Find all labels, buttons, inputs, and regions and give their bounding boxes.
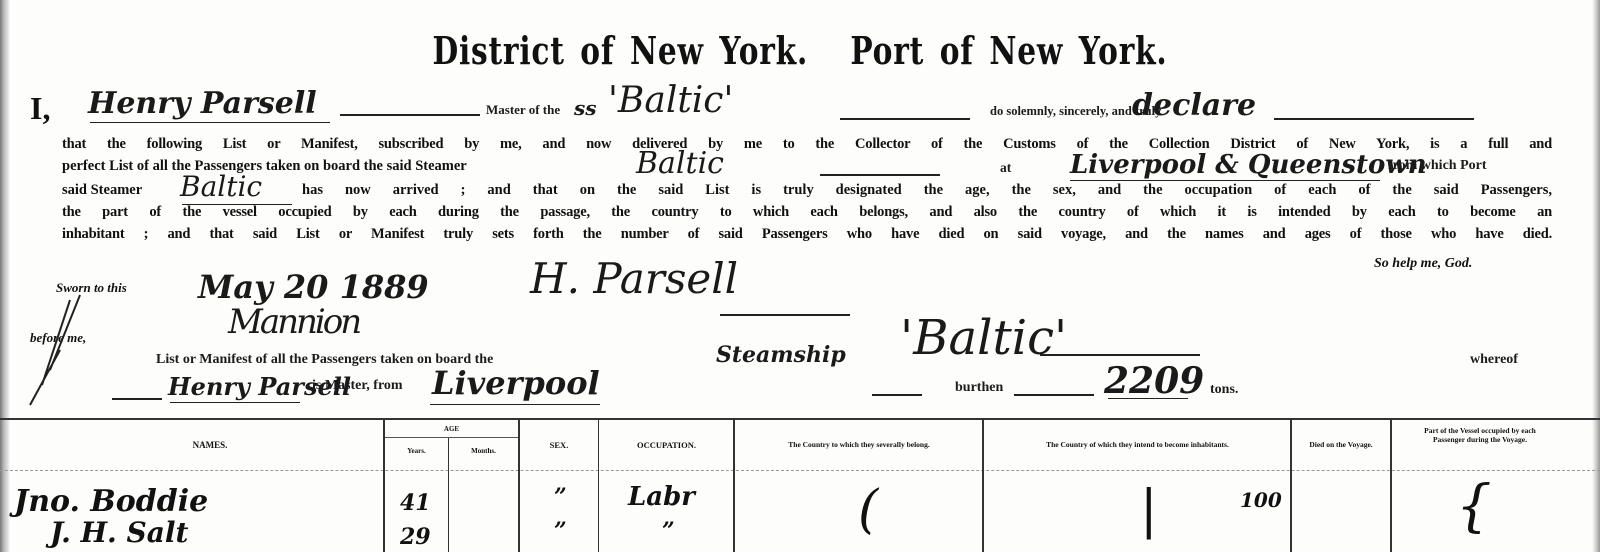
passenger-name: Jno. Boddie [14, 484, 208, 519]
title-word: of [940, 28, 974, 73]
blank-line [1040, 354, 1200, 356]
master-signature: H. Parsell [530, 254, 738, 303]
title-word: York. [719, 28, 808, 73]
from-port-handwritten: Liverpool [432, 364, 600, 402]
burthen-label: burthen [955, 380, 1003, 396]
column-header-country-inhabit: The Country of which they intend to beco… [985, 440, 1290, 450]
declaration-text-line-4: the part of the vessel occupied by each … [62, 204, 1552, 221]
occupation: Labr [628, 482, 695, 512]
sex: ” [554, 518, 567, 544]
blank-line [1014, 394, 1094, 396]
tonnage-handwritten: 2209 [1104, 360, 1204, 402]
column-divider [383, 418, 385, 552]
table-top-rule [0, 418, 1600, 420]
blank-line [340, 114, 480, 116]
inhabit-note: 100 [1240, 488, 1282, 512]
occupation: ” [662, 518, 675, 544]
steamer-name-handwritten-2: Baltic [180, 170, 262, 203]
blank-line [872, 394, 922, 396]
officer-signature: Mannion [228, 302, 359, 342]
column-header-died: Died on the Voyage. [1292, 440, 1390, 450]
title-word: New [989, 28, 1063, 73]
title-word: Port [850, 28, 924, 73]
underline [430, 404, 600, 405]
master-of-label: Master of the [486, 102, 560, 118]
at-label: at [1000, 160, 1011, 176]
column-divider [518, 418, 520, 552]
title-word: of [580, 28, 614, 73]
blank-line [840, 118, 970, 120]
is-master-from-label: is Master, from [312, 378, 403, 394]
column-header-age: AGE [385, 424, 518, 434]
vessel-part-mark: { [1456, 474, 1492, 539]
underline [170, 402, 300, 403]
declaration-arrived-text: has now arrived ; and that on the said L… [302, 182, 1552, 199]
country-inhabit-mark: | [1140, 480, 1158, 540]
column-header-vessel-part: Part of the Vessel occupied by each Pass… [1410, 426, 1550, 444]
column-header-names: NAMES. [120, 440, 300, 450]
oath-date-handwritten: May 20 1889 [198, 268, 429, 306]
from-which-label: from which Port [1388, 158, 1487, 174]
signature-flourish-icon [20, 290, 90, 410]
manifest-vessel-name: 'Baltic' [900, 310, 1067, 366]
declaration-text-line-3: said Steamer [62, 182, 142, 199]
closing-oath: So help me, God. [1374, 256, 1472, 272]
column-header-occupation: OCCUPATION. [600, 440, 733, 450]
column-header-age-years: Years. [385, 446, 448, 456]
declaration-text-line-5: inhabitant ; and that said List or Manif… [62, 226, 1552, 243]
master-name-handwritten: Henry Parsell [88, 86, 317, 121]
column-header-age-months: Months. [449, 446, 518, 456]
title-word: New [630, 28, 704, 73]
page-title: DistrictofNewYork. PortofNewYork. [176, 28, 1424, 73]
declaration-pronoun: I, [30, 90, 50, 127]
column-divider [1390, 418, 1392, 552]
tons-label: tons. [1210, 382, 1238, 398]
declaration-text-line-2: perfect List of all the Passengers taken… [62, 158, 467, 175]
vessel-name-handwritten: 'Baltic' [608, 80, 733, 121]
vessel-type-handwritten: Steamship [716, 342, 846, 368]
blank-line [820, 174, 940, 176]
table-header-rule [0, 470, 1600, 471]
passenger-name: J. H. Salt [50, 516, 188, 549]
underline [1070, 180, 1380, 181]
age-years: 29 [400, 524, 431, 550]
age-subheader-rule [385, 437, 518, 438]
underline [1108, 398, 1188, 399]
declare-handwritten: declare [1132, 88, 1256, 123]
age-years: 41 [400, 490, 431, 516]
departure-ports-handwritten: Liverpool & Queenstown [1070, 150, 1427, 180]
signature-underline [720, 314, 850, 316]
column-divider [598, 418, 599, 552]
column-header-country-belong: The Country to which they severally belo… [736, 440, 982, 450]
column-divider [982, 418, 984, 552]
whereof-label: whereof [1470, 352, 1518, 368]
column-divider [1290, 418, 1292, 552]
column-divider [733, 418, 735, 552]
vessel-prefix: ss [574, 96, 597, 120]
underline [90, 122, 330, 123]
blank-line [1274, 118, 1474, 120]
sex: ” [554, 484, 567, 510]
blank-line [112, 398, 162, 400]
title-word: York. [1079, 28, 1168, 73]
country-belong-mark: ( [858, 480, 878, 540]
title-word: District [432, 28, 564, 73]
steamer-name-handwritten-1: Baltic [636, 146, 724, 181]
manifest-page: DistrictofNewYork. PortofNewYork. I, Hen… [0, 0, 1600, 552]
column-header-sex: SEX. [520, 440, 598, 450]
